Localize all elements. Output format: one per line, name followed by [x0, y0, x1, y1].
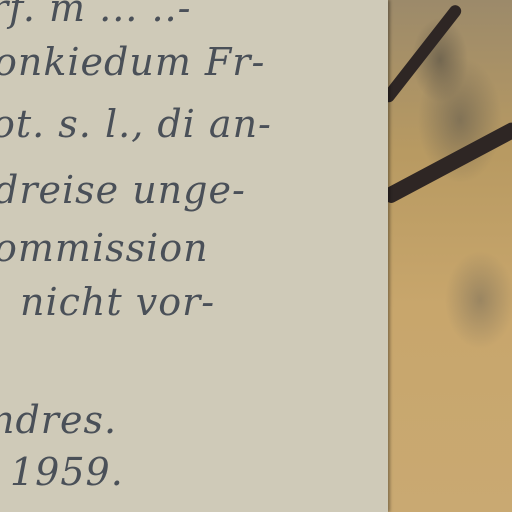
text-line: ot. s. l., di an- — [0, 102, 272, 146]
text-line: ommission — [0, 226, 209, 270]
text-line: nicht vor- — [20, 280, 215, 324]
letter-page: rf. m ... ..- onkiedum Fr- ot. s. l., di… — [0, 0, 388, 512]
text-line: dreise unge- — [0, 168, 246, 212]
date-year: 1959. — [10, 450, 124, 494]
signature: ndres. — [0, 398, 117, 442]
text-line: onkiedum Fr- — [0, 40, 265, 84]
text-line: rf. m ... ..- — [0, 0, 191, 30]
